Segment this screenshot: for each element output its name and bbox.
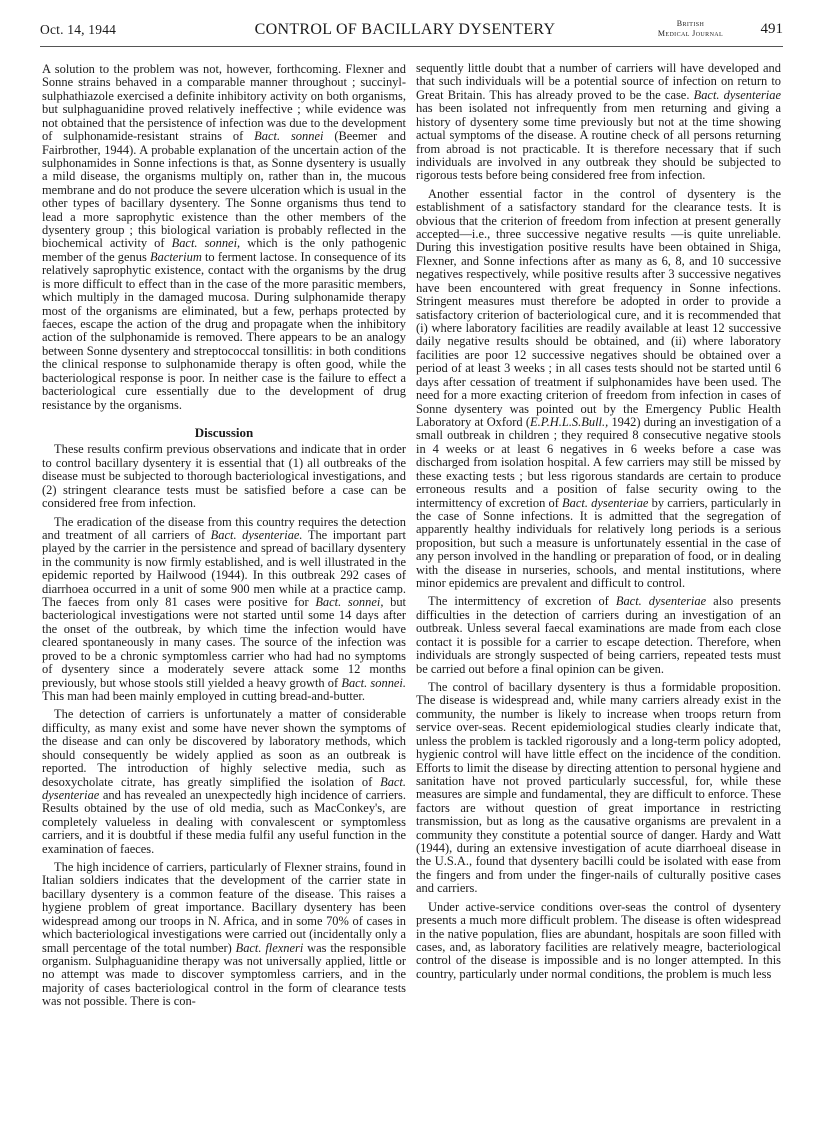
paragraph: sequently little doubt that a number of … [416, 62, 781, 183]
italic-term: Bact. dysenteriae [562, 496, 648, 510]
paragraph: The high incidence of carriers, particul… [42, 861, 406, 1009]
page-number: 491 [761, 21, 784, 38]
italic-term: Bact. dysenteriae [694, 88, 781, 102]
italic-term: Bact. sonnei, [315, 595, 383, 609]
paragraph: These results confirm previous observati… [42, 443, 406, 510]
italic-term: Bact. dysenteriae [616, 594, 706, 608]
italic-term: Bact. sonnei [254, 129, 323, 143]
journal-name-line2: Medical Journal [638, 29, 743, 39]
italic-term: E.P.H.L.S.Bull., [530, 415, 608, 429]
italic-term: Bact. sonnei. [341, 676, 406, 690]
italic-term: Bacterium [150, 250, 202, 264]
running-header: Oct. 14, 1944 CONTROL OF BACILLARY DYSEN… [40, 14, 785, 44]
left-column: A solution to the problem was not, howev… [42, 63, 406, 1014]
right-column: sequently little doubt that a number of … [416, 62, 781, 986]
section-heading-discussion: Discussion [42, 426, 406, 439]
paragraph: The detection of carriers is unfortunate… [42, 708, 406, 856]
italic-term: Bact. sonnei, [172, 236, 241, 250]
issue-date: Oct. 14, 1944 [40, 22, 116, 38]
header-rule [40, 46, 783, 47]
journal-name: British Medical Journal [638, 19, 743, 39]
paragraph: Another essential factor in the control … [416, 188, 781, 591]
paragraph: Under active-service conditions over-sea… [416, 901, 781, 982]
italic-term: Bact. flexneri [236, 941, 304, 955]
paragraph: The intermittency of excretion of Bact. … [416, 595, 781, 676]
paragraph: A solution to the problem was not, howev… [42, 63, 406, 412]
paragraph: The eradication of the disease from this… [42, 516, 406, 704]
italic-term: Bact. dysenteriae. [211, 528, 303, 542]
paragraph: The control of bacillary dysentery is th… [416, 681, 781, 896]
journal-name-line1: British [638, 19, 743, 29]
italic-term: Bact. dysenteriae [42, 775, 406, 802]
running-title: CONTROL OF BACILLARY DYSENTERY [170, 21, 640, 39]
